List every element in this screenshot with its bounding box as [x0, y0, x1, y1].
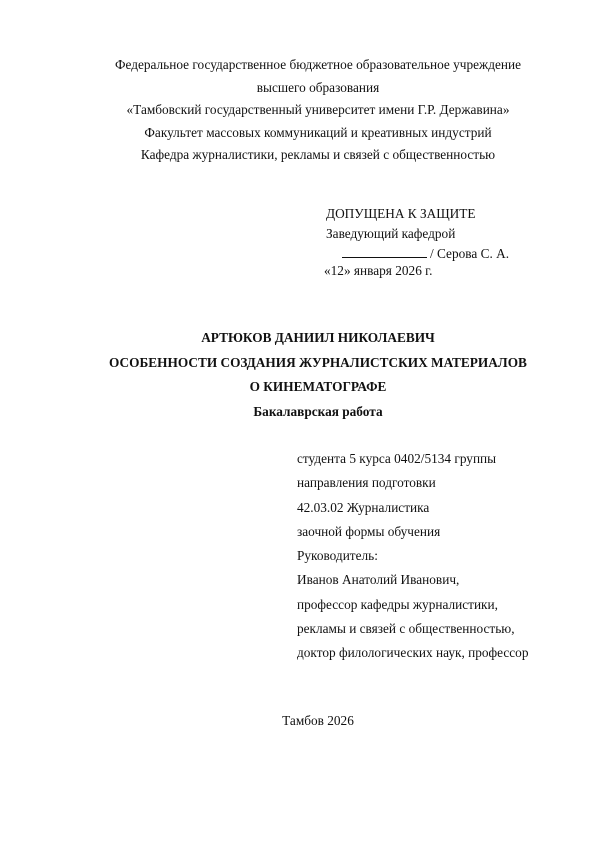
approval-block: ДОПУЩЕНА К ЗАЩИТЕ Заведующий кафедрой / … — [326, 204, 509, 281]
header-line-department: Кафедра журналистики, рекламы и связей с… — [0, 144, 595, 167]
approval-status: ДОПУЩЕНА К ЗАЩИТЕ — [326, 204, 509, 224]
thesis-title-line-2: О КИНЕМАТОГРАФЕ — [0, 375, 595, 400]
supervisor-position-2: рекламы и связей с общественностью, — [297, 617, 528, 641]
approval-date: «12» января 2026 г. — [324, 263, 509, 281]
signature-blank — [342, 245, 427, 258]
city-year: Тамбов 2026 — [0, 713, 595, 729]
author-name: АРТЮКОВ ДАНИИЛ НИКОЛАЕВИЧ — [0, 326, 595, 351]
student-direction-label: направления подготовки — [297, 471, 528, 495]
title-block: АРТЮКОВ ДАНИИЛ НИКОЛАЕВИЧ ОСОБЕННОСТИ СО… — [0, 326, 595, 424]
header-line-university: «Тамбовский государственный университет … — [0, 99, 595, 122]
approval-signature-line: / Серова С. А. — [326, 244, 509, 263]
supervisor-position-1: профессор кафедры журналистики, — [297, 593, 528, 617]
supervisor-degree: доктор филологических наук, профессор — [297, 641, 528, 665]
thesis-title-line-1: ОСОБЕННОСТИ СОЗДАНИЯ ЖУРНАЛИСТСКИХ МАТЕР… — [0, 351, 595, 376]
student-study-form: заочной формы обучения — [297, 520, 528, 544]
title-page: Федеральное государственное бюджетное об… — [0, 0, 595, 841]
approval-signer-name: / Серова С. А. — [430, 246, 509, 261]
approval-role: Заведующий кафедрой — [326, 224, 509, 244]
work-type: Бакалаврская работа — [0, 400, 595, 425]
header-line-federal: Федеральное государственное бюджетное об… — [0, 54, 595, 77]
header-line-education-level: высшего образования — [0, 77, 595, 100]
supervisor-label: Руководитель: — [297, 544, 528, 568]
supervisor-name: Иванов Анатолий Иванович, — [297, 568, 528, 592]
header-line-faculty: Факультет массовых коммуникаций и креати… — [0, 122, 595, 145]
student-course-group: студента 5 курса 0402/5134 группы — [297, 447, 528, 471]
student-direction-code: 42.03.02 Журналистика — [297, 496, 528, 520]
student-info-block: студента 5 курса 0402/5134 группы направ… — [297, 447, 528, 666]
institution-header: Федеральное государственное бюджетное об… — [0, 54, 595, 167]
